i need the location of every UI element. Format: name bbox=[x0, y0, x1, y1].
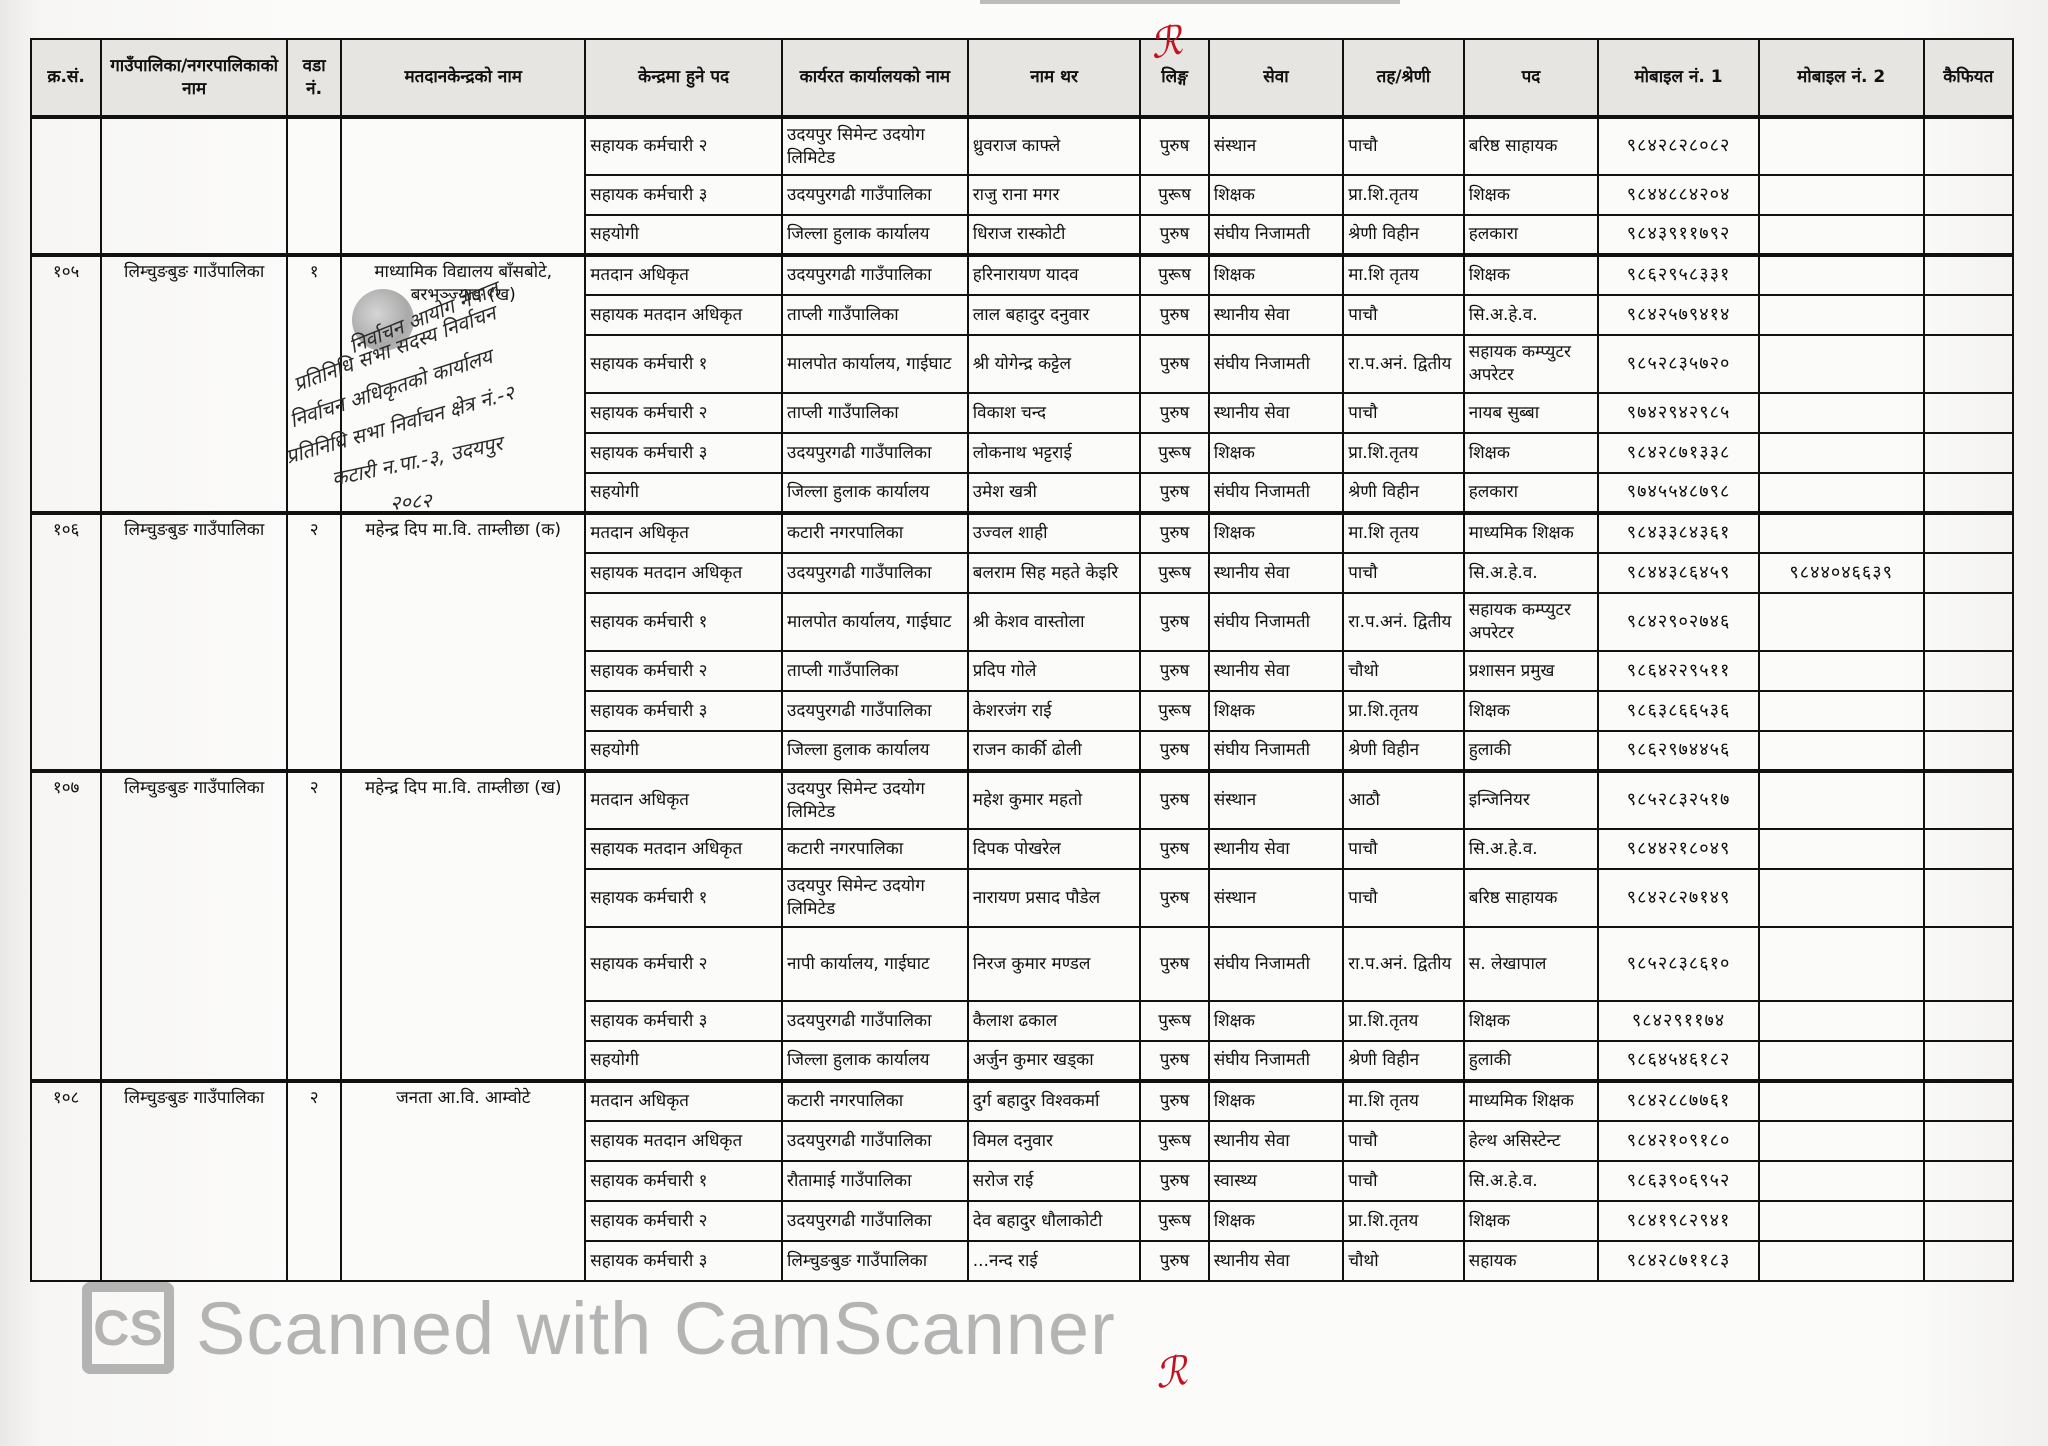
cell-mobile2 bbox=[1759, 771, 1924, 829]
cell-post-at-center: सहयोगी bbox=[585, 731, 782, 771]
cell-gender: पुरूष bbox=[1140, 255, 1208, 295]
cell-remarks bbox=[1924, 393, 2013, 433]
table-row: १०६लिम्चुङबुङ गाउँपालिका२महेन्द्र दिप मा… bbox=[31, 513, 2013, 553]
cell-ward: २ bbox=[287, 513, 341, 771]
cell-ward: २ bbox=[287, 771, 341, 1081]
cell-remarks bbox=[1924, 1081, 2013, 1121]
cell-name: सरोज राई bbox=[968, 1161, 1141, 1201]
cell-remarks bbox=[1924, 593, 2013, 651]
cell-office: उदयपुर सिमेन्ट उदयोग लिमिटेड bbox=[782, 771, 968, 829]
cell-post-at-center: सहायक मतदान अधिकृत bbox=[585, 553, 782, 593]
cell-sn: १०७ bbox=[31, 771, 101, 1081]
cell-post: सि.अ.हे.व. bbox=[1464, 1161, 1599, 1201]
cell-center: माध्यामिक विद्यालय बाँसबोटे, बरभञ्ज्याङ … bbox=[341, 255, 585, 513]
cell-mobile1: ९८४२८७११८३ bbox=[1598, 1241, 1759, 1281]
cell-level: पाचौ bbox=[1343, 117, 1463, 175]
polling-staff-table: क्र.सं. गाउँपालिका/नगरपालिकाको नाम वडा न… bbox=[30, 38, 2014, 1282]
cell-office: कटारी नगरपालिका bbox=[782, 513, 968, 553]
cell-level: मा.शि तृतय bbox=[1343, 1081, 1463, 1121]
header-mobile2: मोबाइल नं. 2 bbox=[1759, 39, 1924, 117]
cell-mobile2 bbox=[1759, 255, 1924, 295]
cell-level: रा.प.अनं. द्वितीय bbox=[1343, 927, 1463, 1001]
header-name: नाम थर bbox=[968, 39, 1141, 117]
cell-post-at-center: मतदान अधिकृत bbox=[585, 1081, 782, 1121]
cell-gender: पुरुष bbox=[1140, 771, 1208, 829]
cell-gender: पुरूष bbox=[1140, 175, 1208, 215]
cell-post: बरिष्ठ साहायक bbox=[1464, 117, 1599, 175]
cell-mobile2 bbox=[1759, 927, 1924, 1001]
cell-gender: पुरुष bbox=[1140, 295, 1208, 335]
cell-mobile2 bbox=[1759, 869, 1924, 927]
cell-post-at-center: सहायक कर्मचारी ३ bbox=[585, 175, 782, 215]
cell-level: पाचौ bbox=[1343, 869, 1463, 927]
cell-mobile1: ९८४२५७९४१४ bbox=[1598, 295, 1759, 335]
cell-service: संघीय निजामती bbox=[1209, 593, 1344, 651]
cell-office: कटारी नगरपालिका bbox=[782, 1081, 968, 1121]
cell-post: हुलाकी bbox=[1464, 731, 1599, 771]
cell-remarks bbox=[1924, 335, 2013, 393]
cell-service: स्थानीय सेवा bbox=[1209, 829, 1344, 869]
cell-municipality: लिम्चुङबुङ गाउँपालिका bbox=[101, 513, 287, 771]
cell-mobile2 bbox=[1759, 651, 1924, 691]
cell-remarks bbox=[1924, 117, 2013, 175]
cell-mobile2 bbox=[1759, 513, 1924, 553]
cell-service: शिक्षक bbox=[1209, 433, 1344, 473]
cell-name: उज्वल शाही bbox=[968, 513, 1141, 553]
cell-level: श्रेणी विहीन bbox=[1343, 731, 1463, 771]
cell-name: हरिनारायण यादव bbox=[968, 255, 1141, 295]
cell-post-at-center: सहयोगी bbox=[585, 1041, 782, 1081]
table-header: क्र.सं. गाउँपालिका/नगरपालिकाको नाम वडा न… bbox=[31, 39, 2013, 117]
cell-gender: पुरुष bbox=[1140, 927, 1208, 1001]
camscanner-watermark: CS Scanned with CamScanner bbox=[82, 1280, 1116, 1376]
cell-mobile1: ९८५२८३२५१७ bbox=[1598, 771, 1759, 829]
cell-gender: पुरूष bbox=[1140, 433, 1208, 473]
cell-remarks bbox=[1924, 927, 2013, 1001]
cell-service: शिक्षक bbox=[1209, 691, 1344, 731]
cell-post: सहायक bbox=[1464, 1241, 1599, 1281]
cell-name: बलराम सिह महते केइरि bbox=[968, 553, 1141, 593]
cell-gender: पुरुष bbox=[1140, 593, 1208, 651]
cell-office: ताप्ली गाउँपालिका bbox=[782, 393, 968, 433]
cell-office: कटारी नगरपालिका bbox=[782, 829, 968, 869]
cell-post: माध्यमिक शिक्षक bbox=[1464, 513, 1599, 553]
cell-service: स्थानीय सेवा bbox=[1209, 295, 1344, 335]
cell-post-at-center: सहायक कर्मचारी १ bbox=[585, 1161, 782, 1201]
table-row: सहायक कर्मचारी २उदयपुर सिमेन्ट उदयोग लिम… bbox=[31, 117, 2013, 175]
cell-mobile2: ९८४४०४६६३९ bbox=[1759, 553, 1924, 593]
cell-office: उदयपुरगढी गाउँपालिका bbox=[782, 175, 968, 215]
cell-post: सि.अ.हे.व. bbox=[1464, 553, 1599, 593]
header-post: पद bbox=[1464, 39, 1599, 117]
cell-remarks bbox=[1924, 731, 2013, 771]
cell-service: संघीय निजामती bbox=[1209, 215, 1344, 255]
cell-name: धिराज रास्कोटी bbox=[968, 215, 1141, 255]
cell-remarks bbox=[1924, 215, 2013, 255]
cell-mobile2 bbox=[1759, 1201, 1924, 1241]
cell-mobile1: ९८६२९५८३३१ bbox=[1598, 255, 1759, 295]
cell-level: प्रा.शि.तृतय bbox=[1343, 175, 1463, 215]
cell-ward: १ bbox=[287, 255, 341, 513]
cell-post: सहायक कम्प्युटर अपरेटर bbox=[1464, 593, 1599, 651]
cell-post: शिक्षक bbox=[1464, 691, 1599, 731]
cell-mobile1: ९८४२९०२७४६ bbox=[1598, 593, 1759, 651]
cell-service: स्वास्थ्य bbox=[1209, 1161, 1344, 1201]
cell-post: शिक्षक bbox=[1464, 255, 1599, 295]
cell-post-at-center: सहायक मतदान अधिकृत bbox=[585, 295, 782, 335]
cell-level: श्रेणी विहीन bbox=[1343, 215, 1463, 255]
cell-post: शिक्षक bbox=[1464, 1201, 1599, 1241]
cell-mobile1: ९८४२८२७१४९ bbox=[1598, 869, 1759, 927]
cell-mobile2 bbox=[1759, 117, 1924, 175]
cell-gender: पुरुष bbox=[1140, 651, 1208, 691]
cell-service: शिक्षक bbox=[1209, 1001, 1344, 1041]
cell-mobile2 bbox=[1759, 593, 1924, 651]
table-row: १०८लिम्चुङबुङ गाउँपालिका२जनता आ.वि. आम्व… bbox=[31, 1081, 2013, 1121]
cell-name: लाल बहादुर दनुवार bbox=[968, 295, 1141, 335]
header-ward: वडा नं. bbox=[287, 39, 341, 117]
cell-post-at-center: मतदान अधिकृत bbox=[585, 771, 782, 829]
cell-office: मालपोत कार्यालय, गाईघाट bbox=[782, 593, 968, 651]
table-row: १०७लिम्चुङबुङ गाउँपालिका२महेन्द्र दिप मा… bbox=[31, 771, 2013, 829]
cell-name: विकाश चन्द bbox=[968, 393, 1141, 433]
cell-remarks bbox=[1924, 829, 2013, 869]
header-municipality: गाउँपालिका/नगरपालिकाको नाम bbox=[101, 39, 287, 117]
cell-post-at-center: सहायक मतदान अधिकृत bbox=[585, 829, 782, 869]
cell-post-at-center: सहायक कर्मचारी ३ bbox=[585, 691, 782, 731]
cell-mobile2 bbox=[1759, 215, 1924, 255]
cell-service: संस्थान bbox=[1209, 117, 1344, 175]
cell-level: पाचौ bbox=[1343, 829, 1463, 869]
cell-name: उमेश खत्री bbox=[968, 473, 1141, 513]
cell-level: आठौ bbox=[1343, 771, 1463, 829]
cell-gender: पुरुष bbox=[1140, 1041, 1208, 1081]
cell-center bbox=[341, 117, 585, 255]
cell-service: संघीय निजामती bbox=[1209, 335, 1344, 393]
cell-remarks bbox=[1924, 1201, 2013, 1241]
cell-municipality: लिम्चुङबुङ गाउँपालिका bbox=[101, 1081, 287, 1281]
cell-center: महेन्द्र दिप मा.वि. ताम्लीछा (क) bbox=[341, 513, 585, 771]
cell-level: पाचौ bbox=[1343, 1121, 1463, 1161]
cell-service: संघीय निजामती bbox=[1209, 927, 1344, 1001]
cell-mobile2 bbox=[1759, 473, 1924, 513]
cell-level: श्रेणी विहीन bbox=[1343, 473, 1463, 513]
cell-office: ताप्ली गाउँपालिका bbox=[782, 651, 968, 691]
cell-level: मा.शि तृतय bbox=[1343, 255, 1463, 295]
cell-gender: पुरुष bbox=[1140, 1081, 1208, 1121]
cell-remarks bbox=[1924, 295, 2013, 335]
cell-gender: पुरुष bbox=[1140, 829, 1208, 869]
cell-remarks bbox=[1924, 1161, 2013, 1201]
cell-mobile2 bbox=[1759, 1041, 1924, 1081]
cell-mobile1: ९८४४३८६४५९ bbox=[1598, 553, 1759, 593]
cell-gender: पुरूष bbox=[1140, 1201, 1208, 1241]
cell-service: स्थानीय सेवा bbox=[1209, 651, 1344, 691]
cell-remarks bbox=[1924, 691, 2013, 731]
cell-name: ...नन्द राई bbox=[968, 1241, 1141, 1281]
cell-office: उदयपुरगढी गाउँपालिका bbox=[782, 691, 968, 731]
cell-name: राजन कार्की ढोली bbox=[968, 731, 1141, 771]
cell-remarks bbox=[1924, 1241, 2013, 1281]
cell-office: मालपोत कार्यालय, गाईघाट bbox=[782, 335, 968, 393]
cell-level: मा.शि तृतय bbox=[1343, 513, 1463, 553]
cell-mobile1: ९८४३३८४३६१ bbox=[1598, 513, 1759, 553]
cell-level: प्रा.शि.तृतय bbox=[1343, 433, 1463, 473]
cell-gender: पुरुष bbox=[1140, 473, 1208, 513]
cell-post: नायब सुब्बा bbox=[1464, 393, 1599, 433]
cell-office: उदयपुरगढी गाउँपालिका bbox=[782, 1201, 968, 1241]
table-row: १०५लिम्चुङबुङ गाउँपालिका१माध्यामिक विद्य… bbox=[31, 255, 2013, 295]
cell-post: सि.अ.हे.व. bbox=[1464, 829, 1599, 869]
cell-mobile1: ९८४४८८४२०४ bbox=[1598, 175, 1759, 215]
cell-name: महेश कुमार महतो bbox=[968, 771, 1141, 829]
cell-mobile1: ९७४२९४२९८५ bbox=[1598, 393, 1759, 433]
cell-service: स्थानीय सेवा bbox=[1209, 553, 1344, 593]
cell-remarks bbox=[1924, 771, 2013, 829]
cell-name: देव बहादुर धौलाकोटी bbox=[968, 1201, 1141, 1241]
cell-post-at-center: सहायक कर्मचारी २ bbox=[585, 927, 782, 1001]
cell-remarks bbox=[1924, 1041, 2013, 1081]
cell-service: संस्थान bbox=[1209, 869, 1344, 927]
cell-remarks bbox=[1924, 513, 2013, 553]
cell-level: रा.प.अनं. द्वितीय bbox=[1343, 593, 1463, 651]
cell-sn bbox=[31, 117, 101, 255]
cell-post-at-center: सहायक मतदान अधिकृत bbox=[585, 1121, 782, 1161]
cell-post: स. लेखापाल bbox=[1464, 927, 1599, 1001]
cell-municipality: लिम्चुङबुङ गाउँपालिका bbox=[101, 771, 287, 1081]
page-edge-shadow bbox=[980, 0, 1400, 4]
cell-post: प्रशासन प्रमुख bbox=[1464, 651, 1599, 691]
header-center: मतदानकेन्द्रको नाम bbox=[341, 39, 585, 117]
cell-gender: पुरुष bbox=[1140, 513, 1208, 553]
cell-mobile2 bbox=[1759, 1161, 1924, 1201]
cell-office: ताप्ली गाउँपालिका bbox=[782, 295, 968, 335]
cell-level: पाचौ bbox=[1343, 295, 1463, 335]
cell-office: जिल्ला हुलाक कार्यालय bbox=[782, 215, 968, 255]
cell-level: पाचौ bbox=[1343, 393, 1463, 433]
cell-mobile1: ९८६३९०६९५२ bbox=[1598, 1161, 1759, 1201]
cell-level: पाचौ bbox=[1343, 553, 1463, 593]
cell-service: शिक्षक bbox=[1209, 1201, 1344, 1241]
cell-level: प्रा.शि.तृतय bbox=[1343, 1001, 1463, 1041]
cell-center: जनता आ.वि. आम्वोटे bbox=[341, 1081, 585, 1281]
cell-mobile2 bbox=[1759, 175, 1924, 215]
cell-gender: पुरुष bbox=[1140, 393, 1208, 433]
cell-office: रौतामाई गाउँपालिका bbox=[782, 1161, 968, 1201]
cell-remarks bbox=[1924, 473, 2013, 513]
cell-mobile2 bbox=[1759, 1241, 1924, 1281]
cell-remarks bbox=[1924, 869, 2013, 927]
cell-mobile2 bbox=[1759, 393, 1924, 433]
cell-mobile1: ९८४४२१८०४९ bbox=[1598, 829, 1759, 869]
header-office: कार्यरत कार्यालयको नाम bbox=[782, 39, 968, 117]
cell-office: उदयपुर सिमेन्ट उदयोग लिमिटेड bbox=[782, 869, 968, 927]
cell-level: चौथो bbox=[1343, 651, 1463, 691]
cell-municipality bbox=[101, 117, 287, 255]
cell-office: उदयपुरगढी गाउँपालिका bbox=[782, 1001, 968, 1041]
cell-office: उदयपुरगढी गाउँपालिका bbox=[782, 433, 968, 473]
cell-mobile1: ९८४३९११७९२ bbox=[1598, 215, 1759, 255]
cell-office: लिम्चुङबुङ गाउँपालिका bbox=[782, 1241, 968, 1281]
cell-post: इन्जिनियर bbox=[1464, 771, 1599, 829]
header-mobile1: मोबाइल नं. 1 bbox=[1598, 39, 1759, 117]
cell-name: निरज कुमार मण्डल bbox=[968, 927, 1141, 1001]
cell-service: संस्थान bbox=[1209, 771, 1344, 829]
cell-post-at-center: सहायक कर्मचारी २ bbox=[585, 117, 782, 175]
cell-name: केशरजंग राई bbox=[968, 691, 1141, 731]
cell-post: सि.अ.हे.व. bbox=[1464, 295, 1599, 335]
cell-sn: १०८ bbox=[31, 1081, 101, 1281]
cell-remarks bbox=[1924, 1121, 2013, 1161]
cell-service: संघीय निजामती bbox=[1209, 1041, 1344, 1081]
cell-mobile1: ९८६२९७४४५६ bbox=[1598, 731, 1759, 771]
cell-service: शिक्षक bbox=[1209, 255, 1344, 295]
cell-post: बरिष्ठ साहायक bbox=[1464, 869, 1599, 927]
cell-post: हुलाकी bbox=[1464, 1041, 1599, 1081]
cell-post-at-center: सहायक कर्मचारी १ bbox=[585, 335, 782, 393]
cell-post-at-center: मतदान अधिकृत bbox=[585, 513, 782, 553]
cell-gender: पुरूष bbox=[1140, 691, 1208, 731]
cell-mobile2 bbox=[1759, 1081, 1924, 1121]
cell-post: शिक्षक bbox=[1464, 1001, 1599, 1041]
cell-post-at-center: सहयोगी bbox=[585, 473, 782, 513]
cell-name: राजु राना मगर bbox=[968, 175, 1141, 215]
cell-mobile1: ९७४५५४८७९८ bbox=[1598, 473, 1759, 513]
cell-mobile2 bbox=[1759, 829, 1924, 869]
cell-mobile1: ९८६३८६६५३६ bbox=[1598, 691, 1759, 731]
cell-level: पाचौ bbox=[1343, 1161, 1463, 1201]
cell-sn: १०५ bbox=[31, 255, 101, 513]
cell-level: चौथो bbox=[1343, 1241, 1463, 1281]
cell-post-at-center: सहयोगी bbox=[585, 215, 782, 255]
cell-post: हलकारा bbox=[1464, 215, 1599, 255]
cell-mobile2 bbox=[1759, 1121, 1924, 1161]
cell-post: शिक्षक bbox=[1464, 175, 1599, 215]
cell-level: श्रेणी विहीन bbox=[1343, 1041, 1463, 1081]
cell-mobile1: ९८४२८७१३३८ bbox=[1598, 433, 1759, 473]
cell-gender: पुरुष bbox=[1140, 869, 1208, 927]
cell-service: शिक्षक bbox=[1209, 513, 1344, 553]
cell-remarks bbox=[1924, 553, 2013, 593]
cell-gender: पुरुष bbox=[1140, 731, 1208, 771]
cell-name: ध्रुवराज काफ्ले bbox=[968, 117, 1141, 175]
header-level: तह/श्रेणी bbox=[1343, 39, 1463, 117]
cell-post-at-center: सहायक कर्मचारी २ bbox=[585, 393, 782, 433]
scanned-page: क्र.सं. गाउँपालिका/नगरपालिकाको नाम वडा न… bbox=[0, 0, 2048, 1446]
cell-mobile1: ९८४२९११७४ bbox=[1598, 1001, 1759, 1041]
cell-service: स्थानीय सेवा bbox=[1209, 393, 1344, 433]
cell-gender: पुरुष bbox=[1140, 1161, 1208, 1201]
cell-post-at-center: सहायक कर्मचारी २ bbox=[585, 651, 782, 691]
cell-name: लोकनाथ भट्टराई bbox=[968, 433, 1141, 473]
cell-name: दिपक पोखरेल bbox=[968, 829, 1141, 869]
cell-name: प्रदिप गोले bbox=[968, 651, 1141, 691]
cell-office: उदयपुरगढी गाउँपालिका bbox=[782, 255, 968, 295]
cell-service: शिक्षक bbox=[1209, 1081, 1344, 1121]
cell-mobile2 bbox=[1759, 295, 1924, 335]
header-sn: क्र.सं. bbox=[31, 39, 101, 117]
cell-post-at-center: सहायक कर्मचारी ३ bbox=[585, 433, 782, 473]
table-body: सहायक कर्मचारी २उदयपुर सिमेन्ट उदयोग लिम… bbox=[31, 117, 2013, 1281]
cell-remarks bbox=[1924, 433, 2013, 473]
cell-mobile1: ९८६४५४६१८२ bbox=[1598, 1041, 1759, 1081]
header-remarks: कैफियत bbox=[1924, 39, 2013, 117]
cell-ward bbox=[287, 117, 341, 255]
cell-mobile1: ९८६४२२९५११ bbox=[1598, 651, 1759, 691]
cell-remarks bbox=[1924, 1001, 2013, 1041]
cell-remarks bbox=[1924, 255, 2013, 295]
header-post-at-center: केन्द्रमा हुने पद bbox=[585, 39, 782, 117]
cell-gender: पुरूष bbox=[1140, 1121, 1208, 1161]
cell-level: रा.प.अनं. द्वितीय bbox=[1343, 335, 1463, 393]
cell-name: श्री योगेन्द्र कट्टेल bbox=[968, 335, 1141, 393]
cell-mobile1: ९८५२८३५७२० bbox=[1598, 335, 1759, 393]
cell-remarks bbox=[1924, 651, 2013, 691]
cell-office: नापी कार्यालय, गाईघाट bbox=[782, 927, 968, 1001]
cell-post: हलकारा bbox=[1464, 473, 1599, 513]
cell-mobile2 bbox=[1759, 1001, 1924, 1041]
cell-gender: पुरुष bbox=[1140, 1241, 1208, 1281]
cell-gender: पुरूष bbox=[1140, 553, 1208, 593]
cell-office: जिल्ला हुलाक कार्यालय bbox=[782, 473, 968, 513]
cell-office: उदयपुर सिमेन्ट उदयोग लिमिटेड bbox=[782, 117, 968, 175]
cell-mobile2 bbox=[1759, 335, 1924, 393]
cell-office: उदयपुरगढी गाउँपालिका bbox=[782, 553, 968, 593]
cell-municipality: लिम्चुङबुङ गाउँपालिका bbox=[101, 255, 287, 513]
cell-mobile1: ९८४२१०९१८० bbox=[1598, 1121, 1759, 1161]
cell-name: दुर्ग बहादुर विश्वकर्मा bbox=[968, 1081, 1141, 1121]
header-service: सेवा bbox=[1209, 39, 1344, 117]
cell-mobile2 bbox=[1759, 433, 1924, 473]
cell-mobile1: ९८४२८८७७६१ bbox=[1598, 1081, 1759, 1121]
cell-post: माध्यमिक शिक्षक bbox=[1464, 1081, 1599, 1121]
cell-center: महेन्द्र दिप मा.वि. ताम्लीछा (ख) bbox=[341, 771, 585, 1081]
cell-gender: पुरूष bbox=[1140, 1001, 1208, 1041]
cell-post-at-center: सहायक कर्मचारी १ bbox=[585, 593, 782, 651]
cell-mobile1: ९८४१९८२९४१ bbox=[1598, 1201, 1759, 1241]
cell-ward: २ bbox=[287, 1081, 341, 1281]
cell-level: प्रा.शि.तृतय bbox=[1343, 1201, 1463, 1241]
cell-name: कैलाश ढकाल bbox=[968, 1001, 1141, 1041]
cell-post-at-center: सहायक कर्मचारी १ bbox=[585, 869, 782, 927]
cell-post-at-center: सहायक कर्मचारी २ bbox=[585, 1201, 782, 1241]
cell-mobile1: ९८५२८३८६१० bbox=[1598, 927, 1759, 1001]
cell-level: प्रा.शि.तृतय bbox=[1343, 691, 1463, 731]
cell-name: विमल दनुवार bbox=[968, 1121, 1141, 1161]
cell-mobile1: ९८४२८२८०८२ bbox=[1598, 117, 1759, 175]
cell-sn: १०६ bbox=[31, 513, 101, 771]
watermark-text: Scanned with CamScanner bbox=[196, 1286, 1116, 1371]
cell-post: शिक्षक bbox=[1464, 433, 1599, 473]
camscanner-logo-icon: CS bbox=[82, 1282, 174, 1374]
cell-mobile2 bbox=[1759, 731, 1924, 771]
cell-name: अर्जुन कुमार खड्का bbox=[968, 1041, 1141, 1081]
cell-gender: पुरुष bbox=[1140, 215, 1208, 255]
cell-post: सहायक कम्प्युटर अपरेटर bbox=[1464, 335, 1599, 393]
cell-office: उदयपुरगढी गाउँपालिका bbox=[782, 1121, 968, 1161]
cell-service: संघीय निजामती bbox=[1209, 473, 1344, 513]
cell-gender: पुरुष bbox=[1140, 335, 1208, 393]
cell-service: स्थानीय सेवा bbox=[1209, 1241, 1344, 1281]
cell-gender: पुरुष bbox=[1140, 117, 1208, 175]
cell-post-at-center: सहायक कर्मचारी ३ bbox=[585, 1241, 782, 1281]
cell-service: स्थानीय सेवा bbox=[1209, 1121, 1344, 1161]
cell-service: शिक्षक bbox=[1209, 175, 1344, 215]
cell-mobile2 bbox=[1759, 691, 1924, 731]
cell-office: जिल्ला हुलाक कार्यालय bbox=[782, 1041, 968, 1081]
cell-post: हेल्थ असिस्टेन्ट bbox=[1464, 1121, 1599, 1161]
cell-name: नारायण प्रसाद पौडेल bbox=[968, 869, 1141, 927]
